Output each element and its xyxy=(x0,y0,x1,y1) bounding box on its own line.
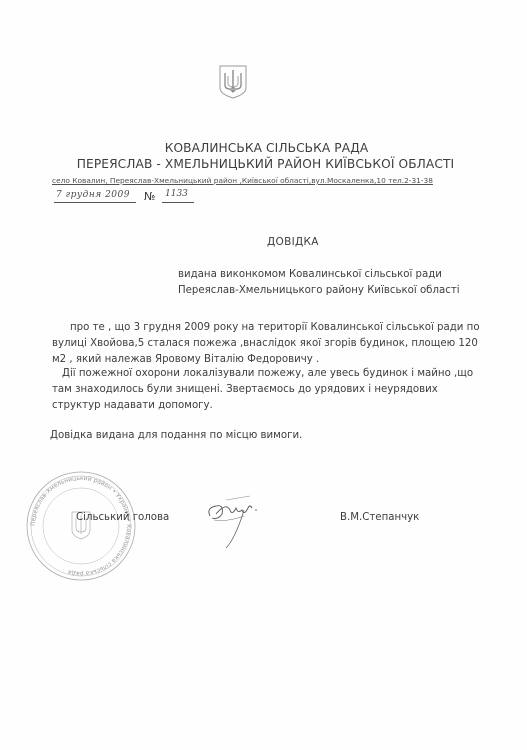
paragraph-2-line: Дії пожежної охорони локалізували пожежу… xyxy=(62,368,473,379)
organization-district: ПЕРЕЯСЛАВ - ХМЕЛЬНИЦЬКИЙ РАЙОН КИЇВСЬКОЇ… xyxy=(0,157,527,171)
official-round-seal-icon: Переяслав-Хмельницький район • Україна •… xyxy=(22,470,140,582)
tryzub-coat-of-arms-icon xyxy=(218,64,248,100)
signatory-position: Сільський голова xyxy=(76,512,169,523)
document-page: КОВАЛИНСЬКА СІЛЬСЬКА РАДА ПЕРЕЯСЛАВ - ХМ… xyxy=(0,0,527,750)
paragraph-2-line: структур надавати допомогу. xyxy=(52,400,213,411)
organization-name: КОВАЛИНСЬКА СІЛЬСЬКА РАДА xyxy=(0,141,527,155)
number-handwritten: 1133 xyxy=(165,189,188,199)
issued-by-line: Переяслав-Хмельницького району Київської… xyxy=(178,285,460,296)
document-title: ДОВІДКА xyxy=(267,236,319,248)
paragraph-1-line: вулиці Хвойова,5 сталася пожежа ,внаслід… xyxy=(52,338,478,349)
number-label: № xyxy=(144,190,155,203)
paragraph-2-line: там знаходилось були знищені. Звертаємос… xyxy=(52,384,438,395)
issued-by-line: видана виконкомом Ковалинської сільської… xyxy=(178,269,442,280)
handwritten-signature-icon xyxy=(204,494,264,552)
signatory-name: В.М.Степанчук xyxy=(340,512,419,523)
paragraph-1-line: м2 , який належав Яровому Віталію Федоро… xyxy=(52,354,319,365)
organization-address: село Ковалин, Переяслав-Хмельницький рай… xyxy=(52,176,433,185)
paragraph-3-line: Довідка видана для подання по місцю вимо… xyxy=(50,430,302,441)
date-handwritten: 7 грудня 2009 xyxy=(56,190,130,200)
paragraph-1-line: про те , що 3 грудня 2009 року на терито… xyxy=(70,322,480,333)
